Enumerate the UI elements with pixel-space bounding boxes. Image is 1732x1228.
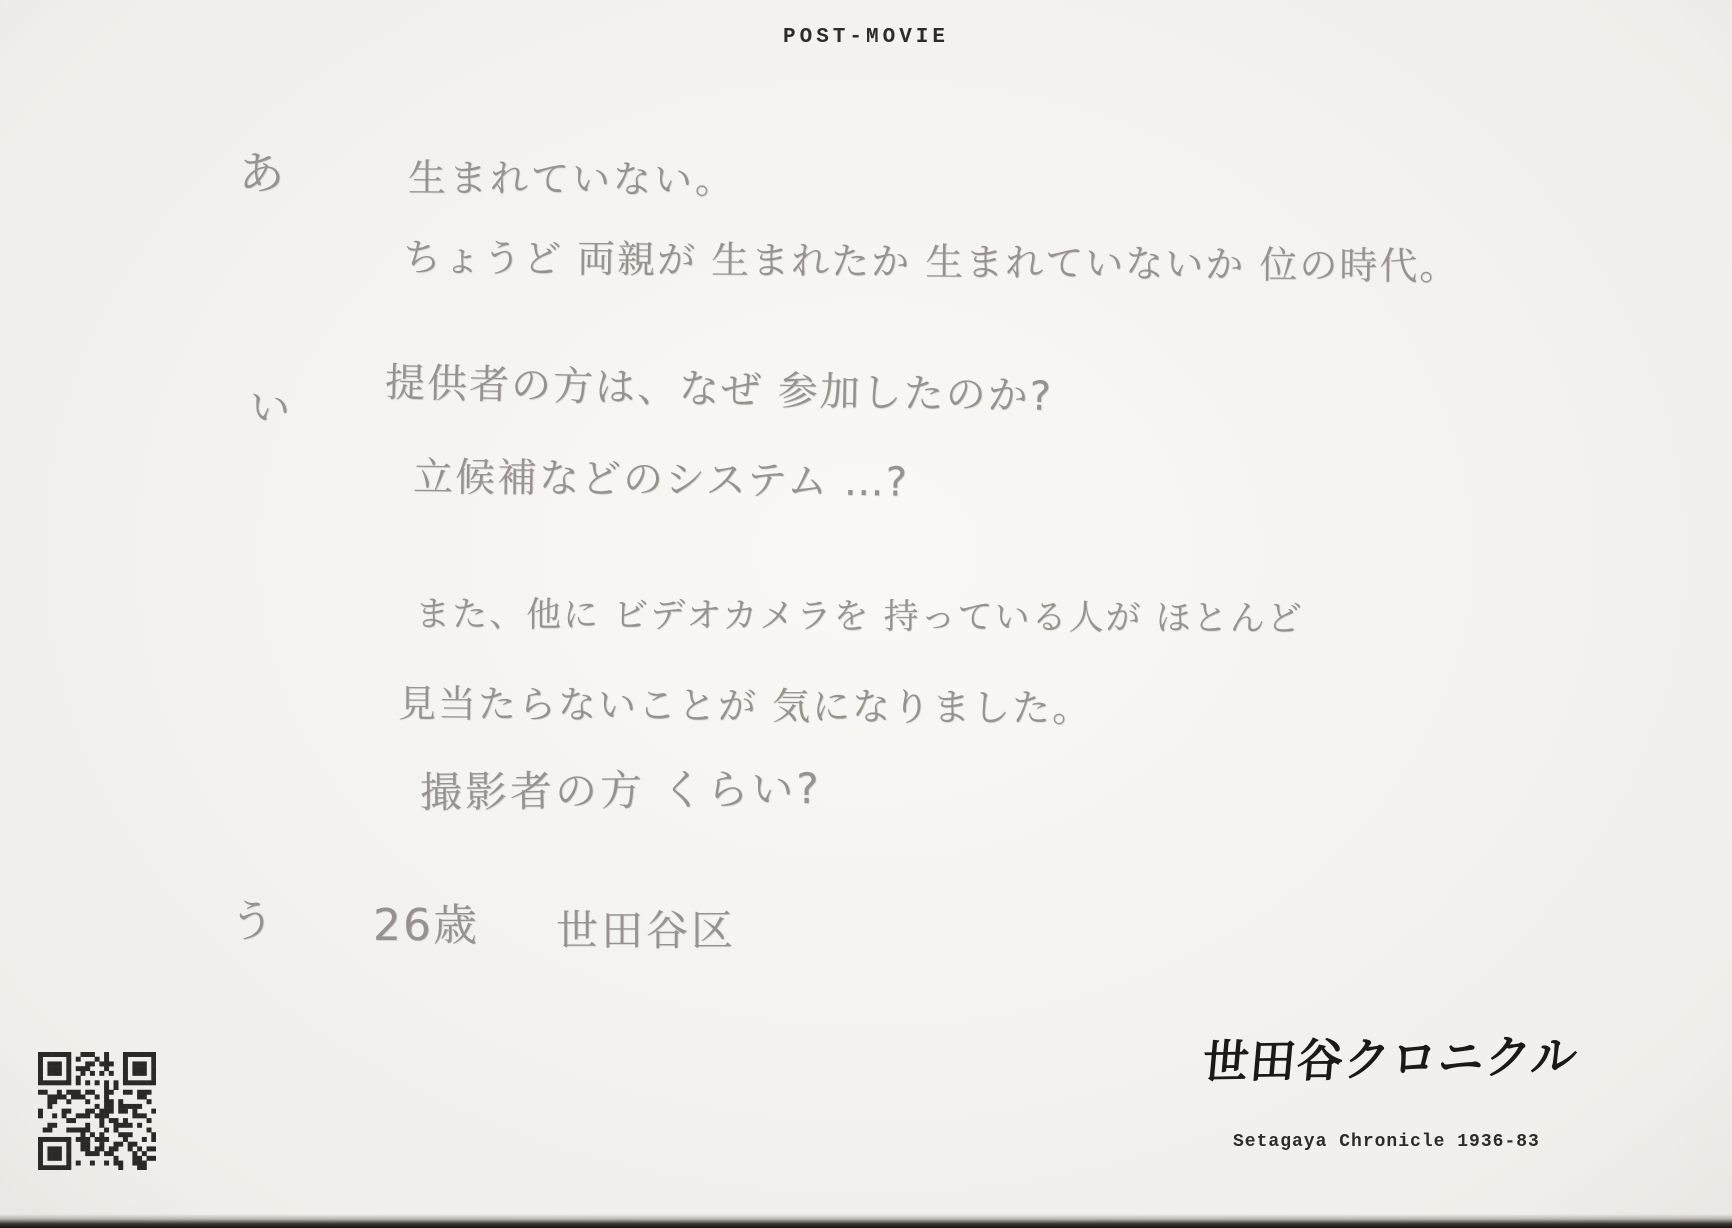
logo-japanese: 世田谷クロニクル [1201,1033,1580,1086]
answer-i-line-2: 立候補などのシステム …? [413,457,909,502]
answer-a-line-1: 生まれていない。 [408,159,736,199]
answer-u-age: 26歳 [373,904,479,948]
answer-i-line-4: 見当たらないことが 気になりました。 [398,685,1092,728]
answer-i-line-1: 提供者の方は、なぜ 参加したのか? [385,363,1054,417]
answer-a-line-2: ちょうど 両親が 生まれたか 生まれていないか 位の時代。 [403,238,1460,285]
answer-u-district: 世田谷区 [556,910,736,952]
answer-marker-u: う [230,900,274,944]
qr-code [38,1052,156,1170]
answer-marker-i: い [250,388,290,428]
postcard-scan: POST-MOVIE あ 生まれていない。 ちょうど 両親が 生まれたか 生まれ… [0,0,1732,1228]
scan-edge-shadow [0,1214,1732,1228]
page-title: POST-MOVIE [0,26,1732,49]
logo-english: Setagaya Chronicle 1936-83 [1233,1132,1540,1152]
answer-marker-a: あ [236,148,285,197]
answer-i-line-3: また、他に ビデオカメラを 持っている人が ほとんど [415,598,1304,638]
answer-i-line-5: 撮影者の方 くらい? [420,768,822,814]
